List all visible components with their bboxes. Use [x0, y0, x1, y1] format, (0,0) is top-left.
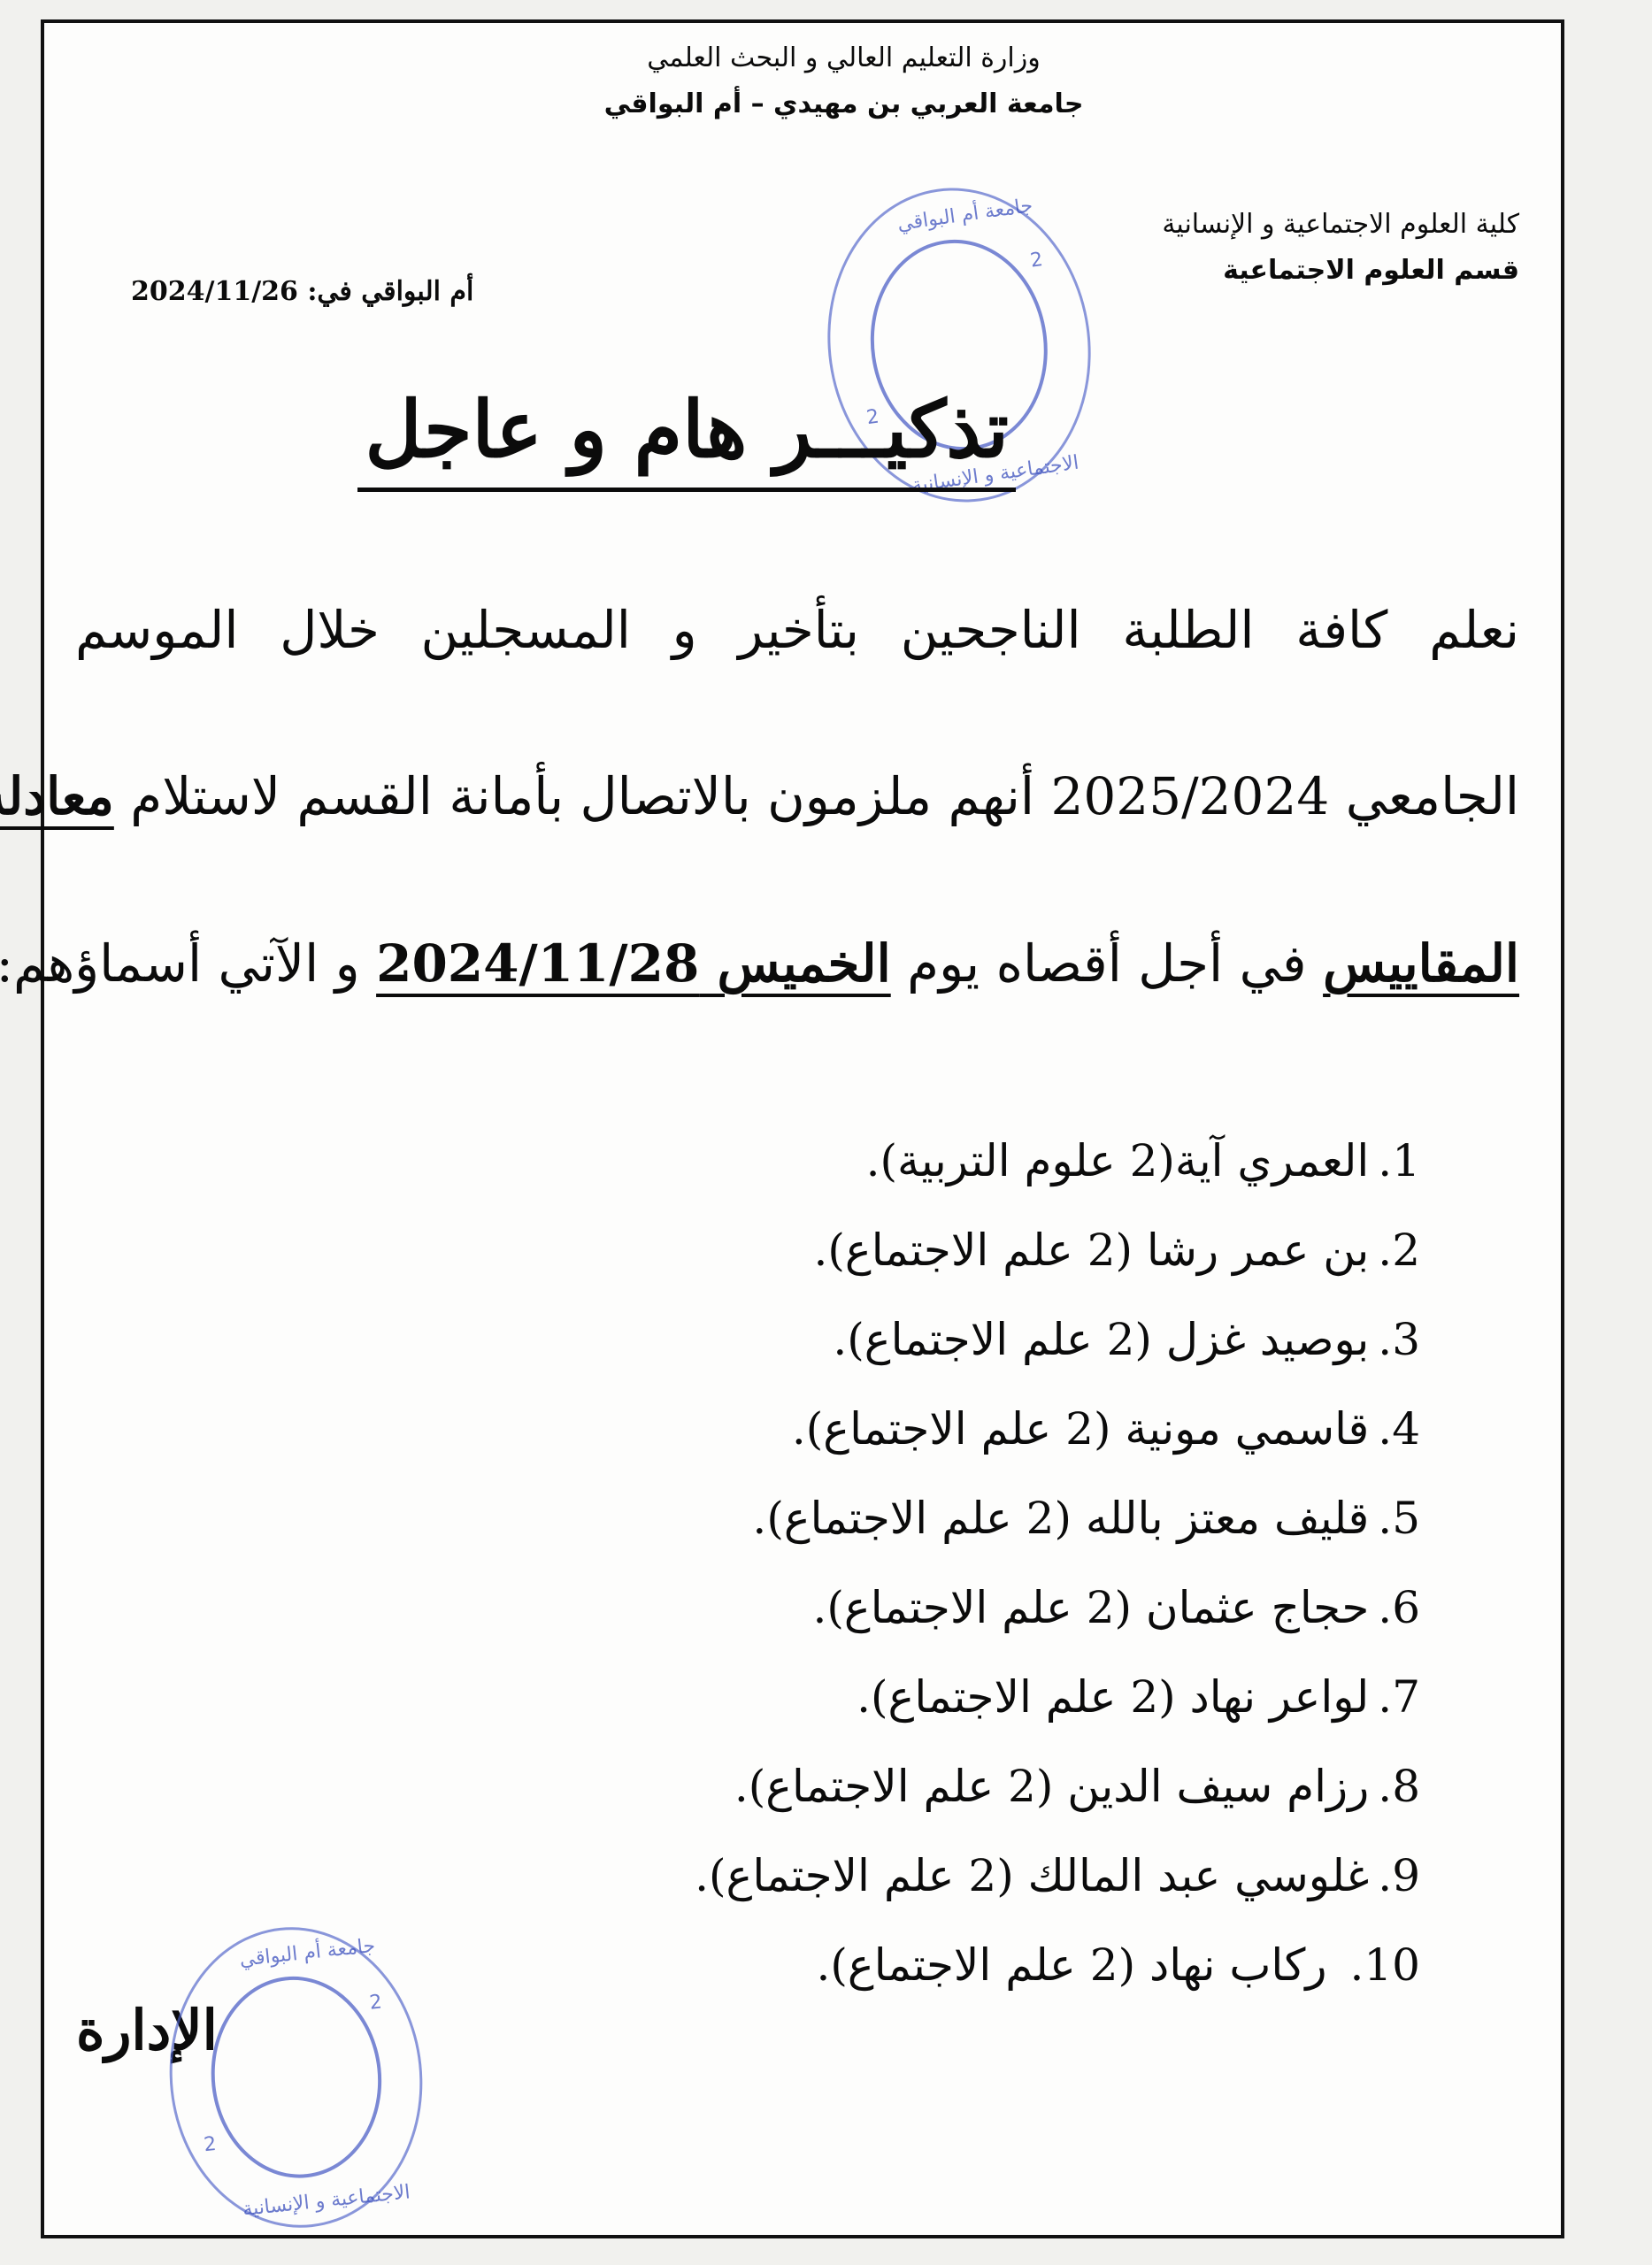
list-item: 3.بوصيد غزل (2 علم الاجتماع).: [695, 1295, 1420, 1385]
ministry-name: وزارة التعليم العالي و البحث العلمي: [35, 42, 1652, 88]
stamp-top-text: جامعة أم البواقي: [896, 195, 1034, 235]
body-paragraph-line-2: الجامعي 2025/2024 أنهم ملزمون بالاتصال ب…: [75, 766, 1519, 826]
department-name: قسم العلوم الاجتماعية: [1162, 248, 1519, 294]
university-name: جامعة العربي بن مهيدي – أم البواقي: [35, 88, 1652, 119]
stamp-number: 2: [203, 2133, 218, 2156]
stamp-top-text: جامعة أم البواقي: [238, 1935, 376, 1971]
body-text: في أجل أقصاه يوم: [907, 933, 1306, 994]
list-item: 10. ركاب نهاد (2 علم الاجتماع).: [695, 1921, 1420, 2010]
list-item: 5.قليف معتز بالله (2 علم الاجتماع).: [695, 1474, 1420, 1563]
body-text: و الآتي أسماؤهم:: [0, 933, 360, 994]
emphasized-text: معادلة: [0, 766, 114, 826]
list-item: 4.قاسمي مونية (2 علم الاجتماع).: [695, 1385, 1420, 1474]
emphasized-text: المقاييس: [1323, 933, 1519, 994]
body-text: نعلم كافة الطلبة الناجحين بتأخير و المسج…: [75, 600, 1519, 660]
stamp-number: 2: [368, 1991, 383, 2014]
body-text: الجامعي 2025/2024 أنهم ملزمون بالاتصال ب…: [130, 766, 1519, 826]
date-value: 2024/11/26: [131, 276, 298, 307]
list-item: 1.العمري آية(2 علوم التربية).: [695, 1117, 1420, 1206]
stamp-number: 2: [1029, 249, 1044, 273]
list-item: 7.لواعر نهاد (2 علم الاجتماع).: [695, 1653, 1420, 1742]
notice-title: تذكيـــر هام و عاجل: [357, 376, 1016, 492]
letterhead-faculty: كلية العلوم الاجتماعية و الإنسانية قسم ا…: [1162, 202, 1519, 294]
student-list: 1.العمري آية(2 علوم التربية). 2.بن عمر ر…: [695, 1117, 1420, 2010]
list-item: 8.رزام سيف الدين (2 علم الاجتماع).: [695, 1742, 1420, 1831]
letterhead-ministry-university: وزارة التعليم العالي و البحث العلمي جامع…: [0, 42, 1652, 119]
body-paragraph-line-1: نعلم كافة الطلبة الناجحين بتأخير و المسج…: [75, 600, 1519, 660]
issue-date: أم البواقي في: 2024/11/26: [131, 276, 473, 307]
list-item: 6.حجاج عثمان (2 علم الاجتماع).: [695, 1563, 1420, 1653]
list-item: 2.بن عمر رشا (2 علم الاجتماع).: [695, 1206, 1420, 1295]
body-paragraph-line-3: المقاييس في أجل أقصاه يوم الخميس 2024/11…: [75, 933, 1519, 994]
deadline-date: الخميس 2024/11/28: [376, 933, 891, 994]
notice-title-block: تذكيـــر هام و عاجل: [467, 376, 1016, 492]
faculty-name: كلية العلوم الاجتماعية و الإنسانية: [1162, 202, 1519, 248]
list-item: 9.غلوسي عبد المالك (2 علم الاجتماع).: [695, 1831, 1420, 1921]
date-label: أم البواقي في:: [307, 276, 473, 307]
